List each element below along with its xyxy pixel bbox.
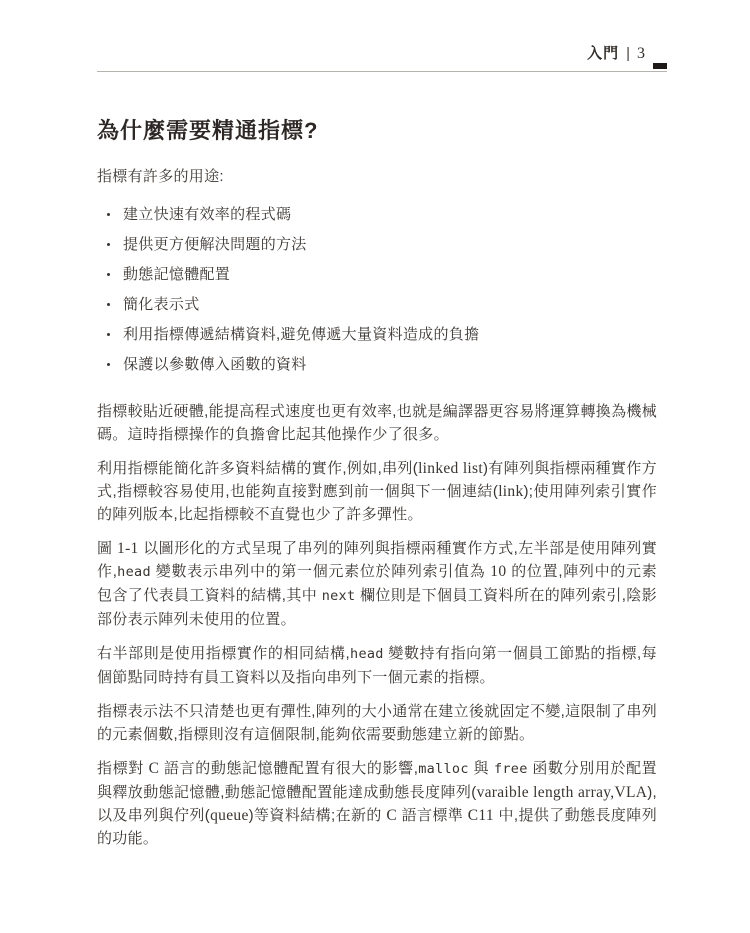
bullet-item: 建立快速有效率的程式碼 <box>97 203 657 226</box>
header-tab-square <box>653 63 667 69</box>
bullet-text: 簡化表示式 <box>123 296 200 313</box>
text-run: 與 <box>469 760 494 777</box>
latin-term: varaible length array,VLA <box>477 784 648 801</box>
bullet-dot-icon <box>107 273 110 276</box>
text-run: 指標對 <box>97 760 149 777</box>
book-page: { "page": { "header": { "chapter": "入門",… <box>0 0 750 933</box>
latin-term: 10 <box>490 563 506 580</box>
bullet-text: 提供更方便解決問題的方法 <box>123 236 307 253</box>
bullet-item: 保護以參數傳入函數的資料 <box>97 353 657 376</box>
text-run: 語言標準 <box>397 807 468 824</box>
text-run: 變數表示串列中的第一個元素位於陣列索引值為 <box>151 563 490 580</box>
running-header: 入門|3 <box>97 45 657 63</box>
paragraph: 右半部則是使用指標實作的相同結構,head 變數持有指向第一個員工節點的指標,每… <box>97 642 657 689</box>
latin-term: C11 <box>468 807 494 824</box>
text-run: 指標較貼近硬體,能提高程式速度也更有效率,也就是編譯器更容易將運算轉換為機械碼。… <box>97 403 657 443</box>
bullet-dot-icon <box>107 243 110 246</box>
bullet-text: 建立快速有效率的程式碼 <box>123 206 291 223</box>
bullet-text: 保護以參數傳入函數的資料 <box>123 356 307 373</box>
paragraph: 利用指標能簡化許多資料結構的實作,例如,串列(linked list)有陣列與指… <box>97 457 657 526</box>
page-number: 3 <box>637 45 645 62</box>
bullet-dot-icon <box>107 333 110 336</box>
page-content: 入門|3 為什麼需要精通指標? 指標有許多的用途: 建立快速有效率的程式碼 提供… <box>97 0 657 850</box>
paragraph: 指標對 C 語言的動態記憶體配置有很大的影響,malloc 與 free 函數分… <box>97 757 657 850</box>
bullet-dot-icon <box>107 363 110 366</box>
bullet-item: 簡化表示式 <box>97 293 657 316</box>
header-rule <box>97 71 667 72</box>
bullet-text: 動態記憶體配置 <box>123 266 230 283</box>
code-term: head <box>350 646 384 662</box>
latin-term: C <box>149 760 160 777</box>
paragraph: 指標表示法不只清楚也更有彈性,陣列的大小通常在建立後就固定不變,這限制了串列的元… <box>97 700 657 746</box>
latin-term: link <box>498 483 523 500</box>
bullet-list: 建立快速有效率的程式碼 提供更方便解決問題的方法 動態記憶體配置 簡化表示式 利… <box>97 203 657 376</box>
text-run: 利用指標能簡化許多資料結構的實作,例如,串列( <box>97 460 418 477</box>
bullet-item: 利用指標傳遞結構資料,避免傳遞大量資料造成的負擔 <box>97 323 657 346</box>
bullet-item: 提供更方便解決問題的方法 <box>97 233 657 256</box>
text-run: 右半部則是使用指標實作的相同結構, <box>97 645 350 662</box>
code-term: next <box>322 588 356 604</box>
latin-term: queue <box>210 807 249 824</box>
text-run: 指標表示法不只清楚也更有彈性,陣列的大小通常在建立後就固定不變,這限制了串列的元… <box>97 703 657 743</box>
latin-term: linked list <box>418 460 483 477</box>
text-run: 圖 <box>97 540 117 557</box>
intro-text: 指標有許多的用途: <box>97 165 657 188</box>
latin-term: 1-1 <box>117 540 139 557</box>
paragraph: 圖 1-1 以圖形化的方式呈現了串列的陣列與指標兩種實作方式,左半部是使用陣列實… <box>97 537 657 631</box>
bullet-item: 動態記憶體配置 <box>97 263 657 286</box>
bullet-dot-icon <box>107 303 110 306</box>
chapter-label: 入門 <box>587 45 619 62</box>
code-term: malloc <box>418 761 469 777</box>
text-run: 語言的動態記憶體配置有很大的影響, <box>159 760 418 777</box>
latin-term: C <box>386 807 397 824</box>
code-term: head <box>117 564 151 580</box>
bullet-text: 利用指標傳遞結構資料,避免傳遞大量資料造成的負擔 <box>123 326 479 343</box>
section-title: 為什麼需要精通指標? <box>97 114 657 145</box>
code-term: free <box>494 761 528 777</box>
paragraph: 指標較貼近硬體,能提高程式速度也更有效率,也就是編譯器更容易將運算轉換為機械碼。… <box>97 400 657 446</box>
bullet-dot-icon <box>107 213 110 216</box>
header-separator: | <box>626 45 630 63</box>
text-run: )等資料結構;在新的 <box>249 807 387 824</box>
